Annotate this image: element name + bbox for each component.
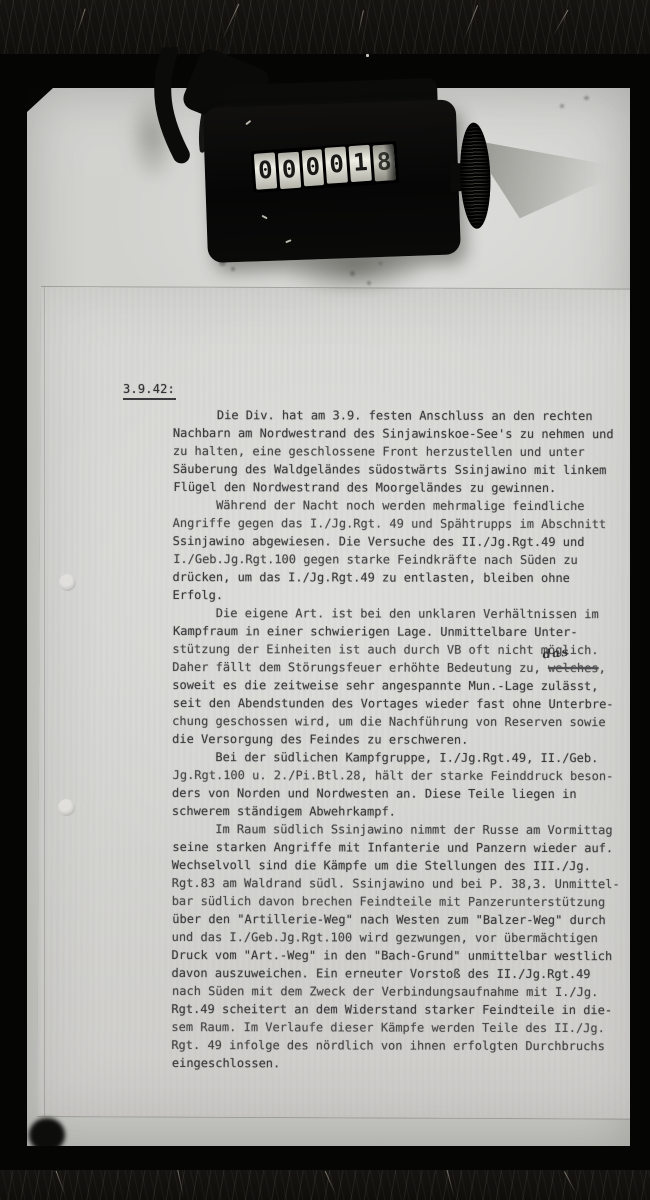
scratch <box>222 4 240 41</box>
typed-line: Rgt. 49 infolge des nördlich von ihnen e… <box>171 1036 623 1055</box>
typed-line: Flügel den Nordwestrand des Moorgeländes… <box>173 478 625 497</box>
counter-digit: 0 <box>301 149 324 186</box>
typed-line: eingeschlossen. <box>172 1054 624 1073</box>
counter-shadow <box>468 113 632 234</box>
typed-line: sem Raum. Im Verlaufe dieser Kämpfe werd… <box>171 1018 623 1037</box>
typed-line: Nachbarn am Nordwestrand des Sinjawinsko… <box>173 424 625 443</box>
page-counter-device: 000018 <box>136 32 625 309</box>
typed-line: Rgt.49 scheitert an dem Widerstand stark… <box>171 1000 623 1019</box>
page-left-edge <box>44 287 45 1116</box>
frame-border-left <box>0 54 27 1170</box>
typed-line: davon auszuweichen. Ein erneuter Vorstoß… <box>171 964 623 983</box>
scratch <box>463 5 478 41</box>
typed-line: drücken, um das I./Jg.Rgt.49 zu entlaste… <box>173 568 625 587</box>
typed-line: schwerem ständigem Abwehrkampf. <box>172 802 624 821</box>
scratch <box>177 1168 184 1198</box>
typed-line: Die eigene Art. ist bei den unklaren Ver… <box>172 604 624 623</box>
typed-line: nach Süden mit dem Zweck der Verbindungs… <box>172 982 624 1001</box>
typed-line: zu halten, eine geschlossene Front herzu… <box>173 442 625 461</box>
typed-line: bar südlich davon brechen Feindteile mit… <box>172 892 624 911</box>
counter-digit: 0 <box>254 152 277 189</box>
typed-line: Bei der südlichen Kampfgruppe, I./Jg.Rgt… <box>172 748 624 767</box>
counter-knob <box>458 122 492 229</box>
typed-text-segment: Daher fällt dem Störungsfeuer erhöhte Be… <box>172 660 548 675</box>
frame-border-right <box>630 54 650 1170</box>
typed-line: Erfolg. <box>172 586 624 605</box>
typed-line: I./Geb.Jg.Rgt.100 gegen starke Feindkräf… <box>173 550 625 569</box>
typed-line: über den "Artillerie-Weg" nach Westen zu… <box>172 910 624 929</box>
typed-line: Im Raum südlich Ssinjawino nimmt der Rus… <box>172 820 624 839</box>
punch-hole <box>58 799 75 816</box>
typed-line: Kampfraum in einer schwierigen Lage. Unm… <box>173 622 625 641</box>
counter-digit: 1 <box>349 145 372 182</box>
typed-line: seine starken Angriffe mit Infanterie un… <box>172 838 624 857</box>
typed-line: ders von Norden und Nordwesten an. Diese… <box>172 784 624 803</box>
typed-text: Die Div. hat am 3.9. festen Anschluss an… <box>171 406 625 1073</box>
counter-digit: 0 <box>278 152 301 189</box>
typed-line: Jg.Rgt.100 u. 2./Pi.Btl.28, hält der sta… <box>173 766 625 785</box>
date-heading: 3.9.42: <box>123 381 176 400</box>
typed-line: Rgt.83 am Waldrand südl. Ssinjawino und … <box>172 874 624 893</box>
scratch <box>564 1171 577 1194</box>
typed-line: Wechselvoll sind die Kämpfe um die Stell… <box>172 856 624 875</box>
typed-line: Angriffe gegen das I./Jg.Rgt. 49 und Spä… <box>173 514 625 533</box>
scratch <box>75 9 85 38</box>
typed-line: und das I./Geb.Jg.Rgt.100 wird gezwungen… <box>172 928 624 947</box>
frame-border-bottom <box>0 1144 650 1170</box>
typed-line: chung geschossen wird, um die Nachführun… <box>172 712 624 731</box>
typed-line: Während der Nacht noch werden mehrmalige… <box>173 496 625 515</box>
typed-line: die Versorgung des Feindes zu erschweren… <box>172 730 624 749</box>
scratch <box>56 1171 66 1196</box>
scratch <box>357 10 364 38</box>
handwritten-correction: das <box>542 646 571 661</box>
typed-line: seit den Abendstunden des Vortages wiede… <box>173 694 625 713</box>
scratch <box>325 1171 336 1195</box>
typed-line: Säuberung des Waldgeländes südostwärts S… <box>173 460 625 479</box>
typed-line: Druck vom "Art.-Weg" in den "Bach-Grund"… <box>172 946 624 965</box>
film-blemish <box>29 1118 65 1146</box>
microfilm-frame: 000018 3.9.42: Die Div. hat am 3.9. fest… <box>0 0 650 1200</box>
counter-digit: 8 <box>373 144 396 181</box>
typed-line: Ssinjawino abgewiesen. Die Versuche des … <box>173 532 625 551</box>
typed-line: Die Div. hat am 3.9. festen Anschluss an… <box>174 406 626 425</box>
typed-text-segment: , <box>599 661 606 675</box>
scratch <box>553 10 569 36</box>
punch-hole <box>59 574 76 591</box>
counter-digit: 0 <box>325 146 348 183</box>
typed-line: soweit es die zeitweise sehr angespannte… <box>172 676 624 695</box>
typed-line: Daher fällt dem Störungsfeuer erhöhte Be… <box>172 658 624 677</box>
film-texture-bottom <box>0 1166 650 1200</box>
struck-word: welches <box>548 661 599 675</box>
scratch <box>446 1168 455 1197</box>
struck-word-wrap: welchesdas <box>548 659 599 677</box>
paper-corner-notch <box>27 88 53 112</box>
